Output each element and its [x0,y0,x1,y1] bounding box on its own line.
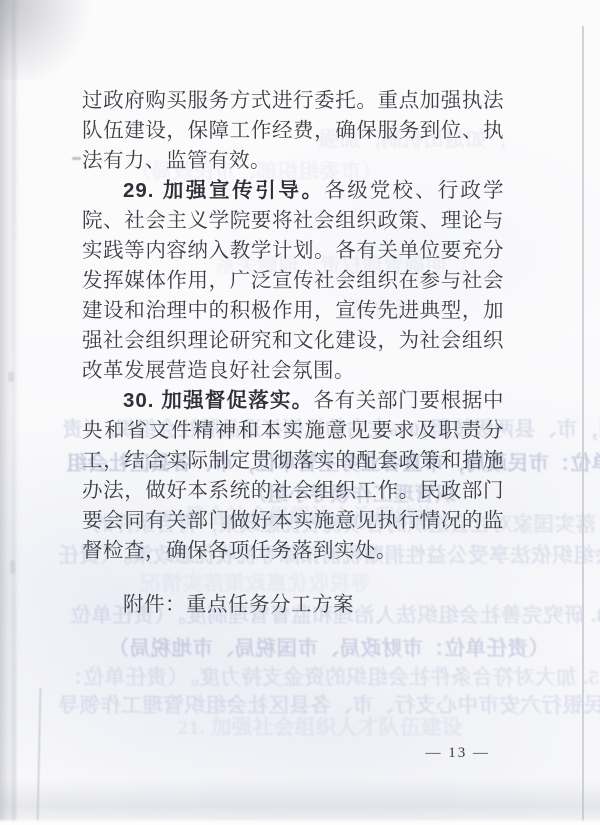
scan-right-edge-line [582,26,584,825]
paragraph-text: 各级党校、行政学院、社会主义学院要将社会组织政策、理论与实践等内容纳入教学计划。… [82,180,504,382]
bleedthrough-text-line: 5. 加大对符合条件社会组织的资金支持力度。（责任单位： [62,660,599,690]
paragraph-bold-lead: 30. 加强督促落实。 [123,389,313,412]
paragraph-text: 各有关部门要根据中央和省文件精神和本实施意见要求及职责分工，结合实际制定贯彻落实… [82,390,504,562]
paragraph: 30. 加强督促落实。各有关部门要根据中央和省文件精神和本实施意见要求及职责分工… [82,386,504,566]
attachment-line: 附件：重点任务分工方案 [82,590,504,620]
scan-smudge [8,372,14,382]
page-number: — 13 — [0,745,490,762]
paragraph-bold-lead: 29. 加强宣传引导。 [123,179,325,202]
document-body: 过政府购买服务方式进行委托。重点加强执法队伍建设，保障工作经费，确保服务到位、执… [82,86,504,620]
paper-left-crease [12,0,16,825]
paragraph: 29. 加强宣传引导。各级党校、行政学院、社会主义学院要将社会组织政策、理论与实… [82,176,504,386]
scan-left-edge-shadow [0,0,20,825]
paragraph: 过政府购买服务方式进行委托。重点加强执法队伍建设，保障工作经费，确保服务到位、执… [82,86,504,176]
scan-bottom-shadow [0,779,600,825]
bleedthrough-text-line: 21. 加强社会组织人才队伍建设 [178,710,463,740]
bleedthrough-text-line: 人民银行六安市中心支行、市、各县区社会组织管理工作领导 [58,688,600,718]
scan-smudge [10,560,15,574]
bleedthrough-text-line: （责任单位：市财政局、市国税局、市地税局） [108,631,549,661]
scan-smudge [72,157,81,160]
scanned-document-page: ，如退出机制，加强（市委组织部、市民政局），明确管理权责，理顺关系（市民政局）规… [0,0,600,825]
paragraph-text: 过政府购买服务方式进行委托。重点加强执法队伍建设，保障工作经费，确保服务到位、执… [82,90,504,172]
